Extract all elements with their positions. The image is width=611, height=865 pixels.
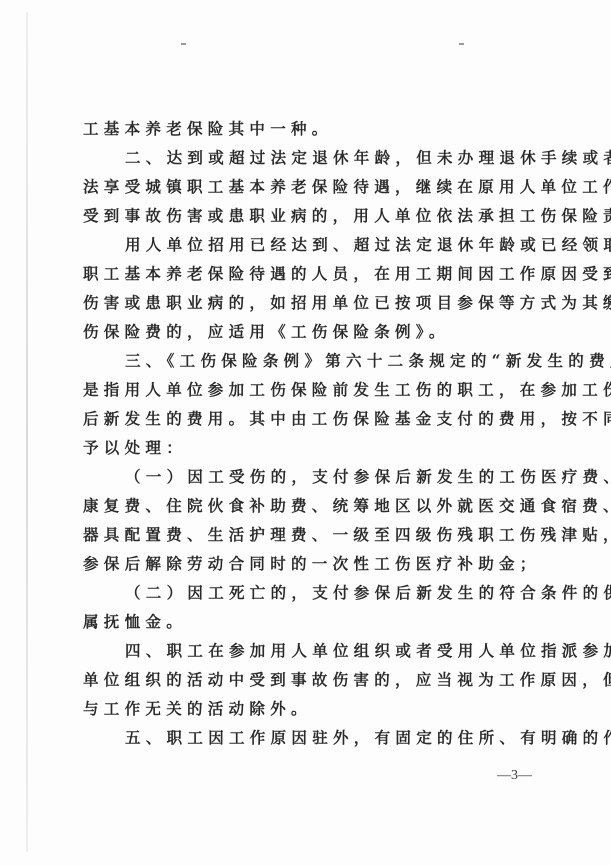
text-line: 是指用人单位参加工伤保险前发生工伤的职工，在参加工伤保险: [83, 375, 513, 404]
text-line: 法享受城镇职工基本养老保险待遇，继续在原用人单位工作期间: [83, 172, 513, 201]
scan-speck: [459, 43, 464, 45]
text-line: 予以处理：: [83, 433, 513, 462]
text-line: 伤保险费的，应适用《工伤保险条例》。: [83, 317, 513, 346]
text-line: （二）因工死亡的，支付参保后新发生的符合条件的供养亲: [83, 578, 513, 607]
text-line: 三、《工伤保险条例》第六十二条规定的“新发生的费用”，: [83, 346, 513, 375]
text-line: 职工基本养老保险待遇的人员，在用工期间因工作原因受到事故: [83, 259, 513, 288]
text-line: 单位组织的活动中受到事故伤害的，应当视为工作原因，但参加: [83, 665, 513, 694]
text-line: 后新发生的费用。其中由工伤保险基金支付的费用，按不同情况: [83, 404, 513, 433]
text-line: 用人单位招用已经达到、超过法定退休年龄或已经领取城镇: [83, 230, 513, 259]
text-line: 伤害或患职业病的，如招用单位已按项目参保等方式为其缴纳工: [83, 288, 513, 317]
text-line: 受到事故伤害或患职业病的，用人单位依法承担工伤保险责任。: [83, 201, 513, 230]
text-line: 五、职工因工作原因驻外，有固定的住所、有明确的作息时: [83, 723, 513, 752]
text-line: 参保后解除劳动合同时的一次性工伤医疗补助金；: [83, 549, 513, 578]
text-line: 康复费、住院伙食补助费、统筹地区以外就医交通食宿费、辅助: [83, 491, 513, 520]
scan-edge-line: [26, 12, 28, 852]
text-line: 器具配置费、生活护理费、一级至四级伤残职工伤残津贴，以及: [83, 520, 513, 549]
scan-speck: [181, 43, 186, 45]
page-number: —3—: [497, 768, 532, 784]
text-line: 工基本养老保险其中一种。: [83, 114, 513, 143]
document-body: 工基本养老保险其中一种。 二、达到或超过法定退休年龄，但未办理退休手续或者未依 …: [83, 114, 513, 752]
text-line: 与工作无关的活动除外。: [83, 694, 513, 723]
text-line: 属抚恤金。: [83, 607, 513, 636]
text-line: 二、达到或超过法定退休年龄，但未办理退休手续或者未依: [83, 143, 513, 172]
text-line: 四、职工在参加用人单位组织或者受用人单位指派参加其他: [83, 636, 513, 665]
text-line: （一）因工受伤的，支付参保后新发生的工伤医疗费、工伤: [83, 462, 513, 491]
